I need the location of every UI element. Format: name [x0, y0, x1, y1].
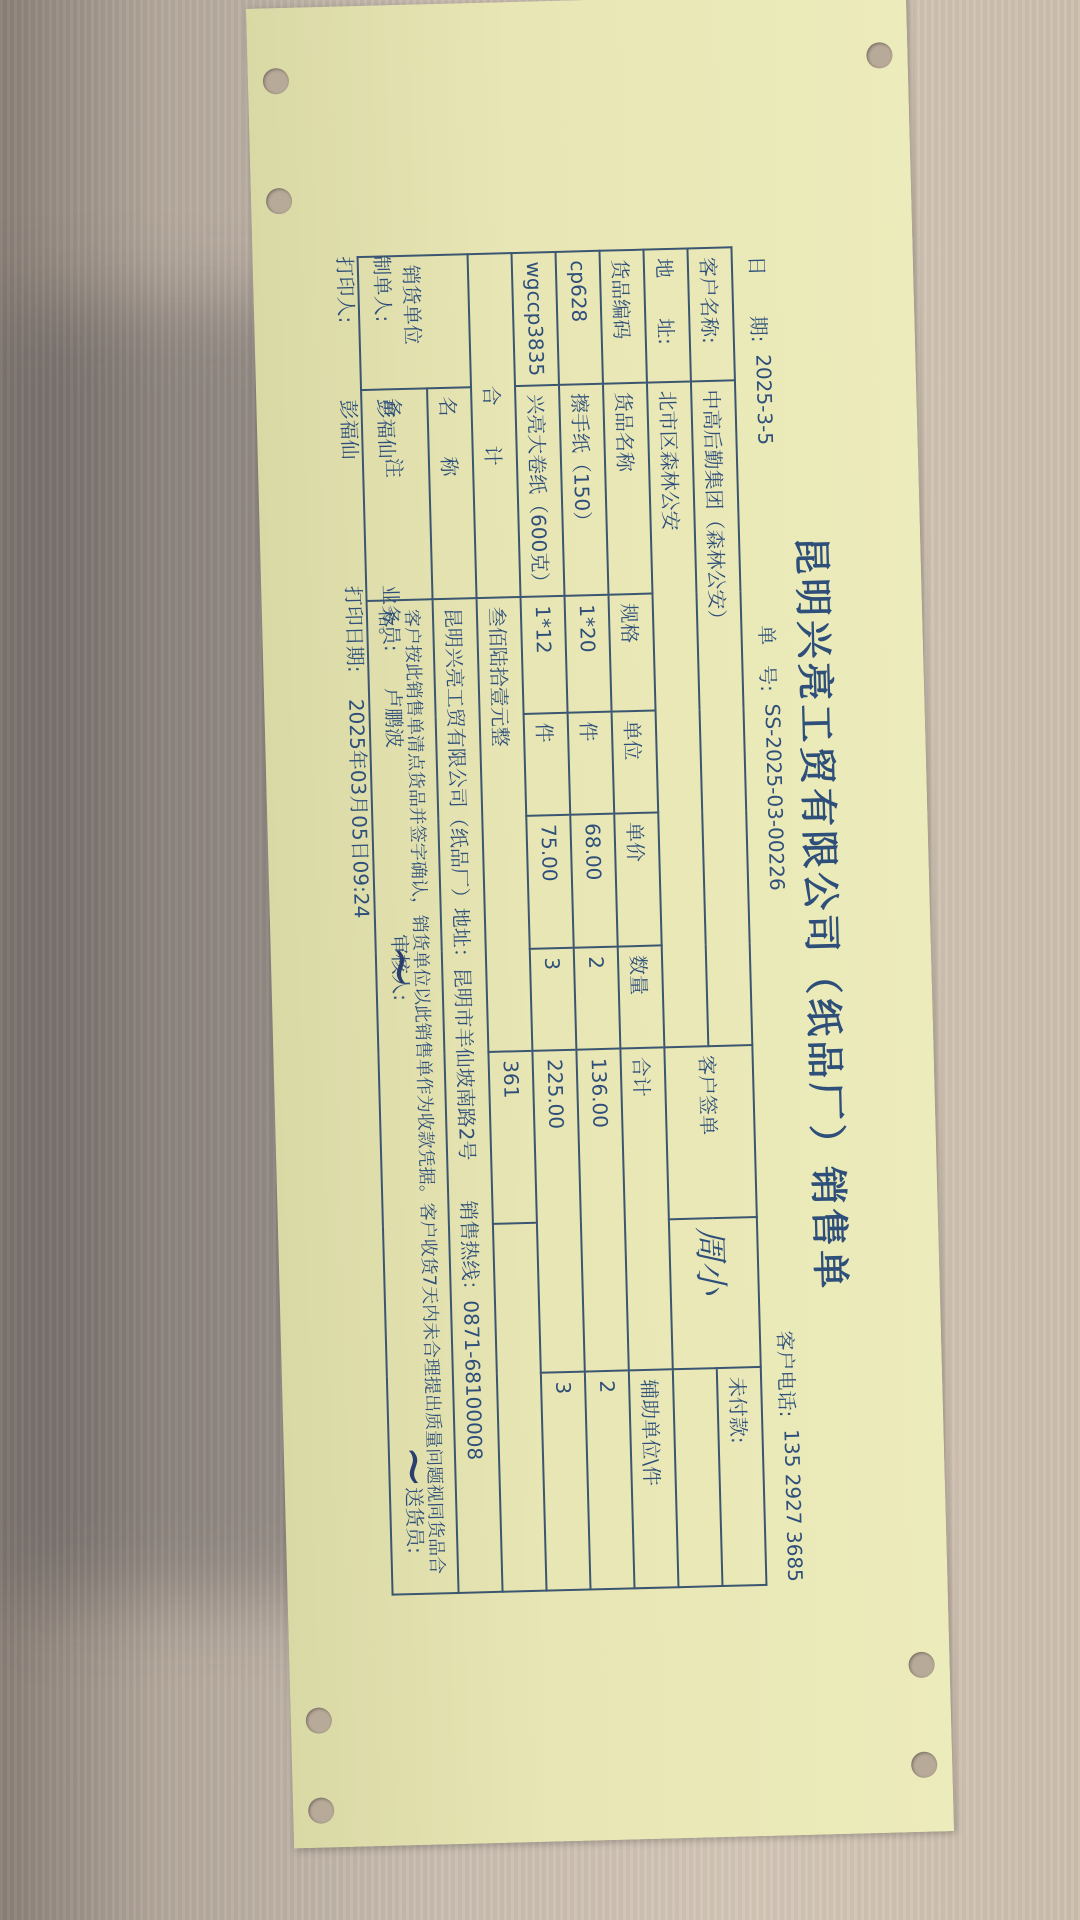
col-spec: 规格 — [608, 594, 655, 712]
item-name: 擦手纸（150） — [559, 383, 609, 596]
item-code: cp628 — [555, 251, 602, 385]
sales-value: 卢鹏波 — [381, 688, 407, 749]
date-value: 2025-3-5 — [746, 354, 777, 446]
auditor-signature: ~ — [371, 944, 432, 989]
item-unit: 件 — [524, 713, 571, 816]
maker-label: 制单人: — [370, 255, 396, 322]
item-aux: 3 — [541, 1372, 591, 1591]
order-no-label: 单 号: — [753, 625, 784, 692]
col-code: 货品编码 — [599, 250, 646, 384]
unpaid-label: 未付款: — [717, 1367, 767, 1586]
sign-label: 客户签单 — [664, 1045, 756, 1219]
customer-label: 客户名称: — [687, 247, 734, 381]
sales-receipt: 昆明兴亮工贸有限公司（纸品厂）销售单 日 期: 2025-3-5 单 号: SS… — [246, 0, 954, 1848]
printer-label: 打印人: — [333, 256, 359, 323]
delivery-label: 送货员: — [402, 1487, 428, 1554]
customer-signature: 周小 — [669, 1217, 761, 1370]
col-qty: 数量 — [618, 945, 665, 1048]
item-code: wgccp3835 — [512, 252, 559, 386]
date-label: 日 期: — [744, 255, 775, 342]
item-spec: 1*12 — [521, 596, 568, 714]
item-aux: 2 — [585, 1371, 635, 1590]
item-price: 75.00 — [526, 815, 573, 949]
unpaid-value — [673, 1368, 723, 1587]
sales-label: 业务员: — [378, 585, 404, 652]
item-qty: 3 — [530, 948, 577, 1051]
col-price: 单价 — [614, 812, 661, 946]
item-unit: 件 — [568, 712, 615, 815]
sum-label: 合 计 — [468, 253, 521, 598]
order-no-value: SS-2025-03-00226 — [755, 703, 789, 891]
sum-total: 361 — [488, 1051, 536, 1224]
item-total: 136.00 — [576, 1048, 628, 1371]
address-label: 地 址: — [643, 248, 690, 382]
col-aux: 辅助单位\件 — [629, 1370, 679, 1589]
delivery-signature: ~ — [384, 1444, 445, 1489]
phone-value: 135 2927 3685 — [774, 1429, 807, 1582]
maker-value: 彭福仙 — [373, 398, 399, 459]
item-qty: 2 — [574, 947, 621, 1050]
item-price: 68.00 — [570, 814, 617, 948]
seller-name-label: 名 称 — [427, 387, 477, 600]
phone-label: 客户电话: — [772, 1330, 803, 1417]
item-total: 225.00 — [532, 1050, 584, 1373]
col-total: 合计 — [620, 1047, 672, 1370]
col-unit: 单位 — [612, 711, 659, 814]
printer-value: 彭福仙 — [336, 399, 362, 460]
print-date-label: 打印日期: — [341, 586, 367, 673]
item-name: 兴亮大卷纸（600克） — [515, 385, 565, 598]
receipt-content: 昆明兴亮工贸有限公司（纸品厂）销售单 日 期: 2025-3-5 单 号: SS… — [310, 133, 891, 1707]
print-date-value: 2025年03月05日09:24 — [344, 699, 374, 919]
item-spec: 1*20 — [565, 595, 612, 713]
col-name: 货品名称 — [603, 382, 653, 595]
